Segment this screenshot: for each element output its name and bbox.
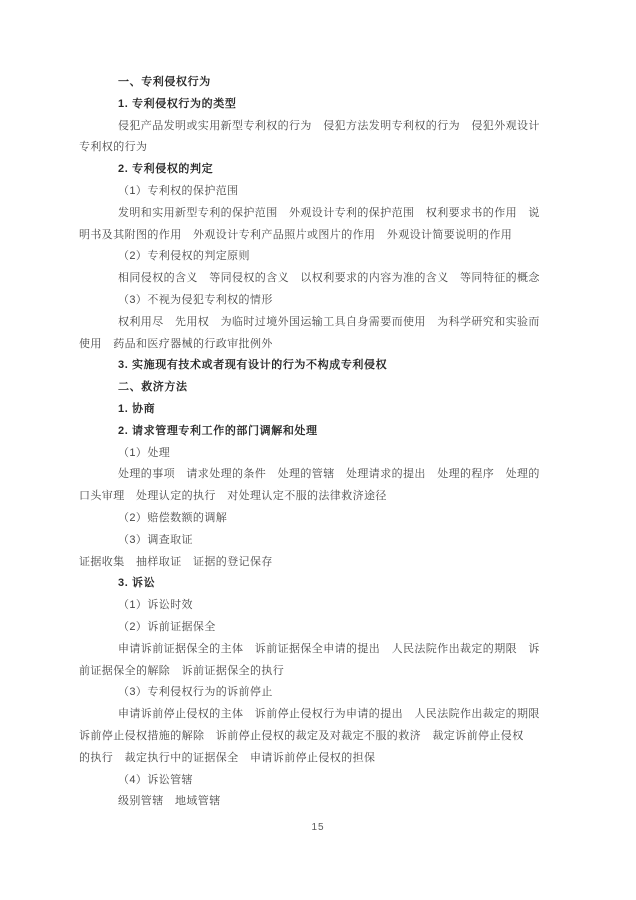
outline-text-line: 口头审理 处理认定的执行 对处理认定不服的法律救济途径 xyxy=(79,486,549,508)
outline-text-line: 申请诉前停止侵权的主体 诉前停止侵权行为申请的提出 人民法院作出裁定的期限 xyxy=(79,704,549,726)
outline-text-line: 级别管辖 地域管辖 xyxy=(79,791,549,813)
outline-text-line: （2）诉前证据保全 xyxy=(79,617,549,639)
outline-text-line: （1）专利权的保护范围 xyxy=(79,181,549,203)
outline-text-line: （3）不视为侵犯专利权的情形 xyxy=(79,290,549,312)
outline-heading-line: 1. 专利侵权行为的类型 xyxy=(79,94,549,116)
outline-text-line: （1）处理 xyxy=(79,443,549,465)
outline-text-line: 的执行 裁定执行中的证据保全 申请诉前停止侵权的担保 xyxy=(79,748,549,770)
outline-heading-line: 2. 专利侵权的判定 xyxy=(79,159,549,181)
outline-heading-line: 3. 实施现有技术或者现有设计的行为不构成专利侵权 xyxy=(79,355,549,377)
outline-heading-line: 1. 协商 xyxy=(79,399,549,421)
outline-text-line: 侵犯产品发明或实用新型专利权的行为 侵犯方法发明专利权的行为 侵犯外观设计 xyxy=(79,116,549,138)
outline-text-line: （2）专利侵权的判定原则 xyxy=(79,246,549,268)
outline-text-line: （1）诉讼时效 xyxy=(79,595,549,617)
outline-heading-line: 一、专利侵权行为 xyxy=(79,72,549,94)
outline-text-line: 处理的事项 请求处理的条件 处理的管辖 处理请求的提出 处理的程序 处理的 xyxy=(79,464,549,486)
outline-text-line: 相同侵权的含义 等同侵权的含义 以权利要求的内容为准的含义 等同特征的概念 xyxy=(79,268,549,290)
outline-text-line: （3）专利侵权行为的诉前停止 xyxy=(79,682,549,704)
document-content: 一、专利侵权行为1. 专利侵权行为的类型侵犯产品发明或实用新型专利权的行为 侵犯… xyxy=(79,72,549,813)
outline-text-line: 使用 药品和医疗器械的行政审批例外 xyxy=(79,334,549,356)
outline-text-line: 前证据保全的解除 诉前证据保全的执行 xyxy=(79,661,549,683)
document-page: 一、专利侵权行为1. 专利侵权行为的类型侵犯产品发明或实用新型专利权的行为 侵犯… xyxy=(0,0,636,900)
outline-text-line: 申请诉前证据保全的主体 诉前证据保全申请的提出 人民法院作出裁定的期限 诉 xyxy=(79,639,549,661)
outline-text-line: 证据收集 抽样取证 证据的登记保存 xyxy=(79,552,549,574)
outline-heading-line: 二、救济方法 xyxy=(79,377,549,399)
outline-text-line: （2）赔偿数额的调解 xyxy=(79,508,549,530)
outline-text-line: （4）诉讼管辖 xyxy=(79,770,549,792)
outline-heading-line: 2. 请求管理专利工作的部门调解和处理 xyxy=(79,421,549,443)
outline-text-line: （3）调查取证 xyxy=(79,530,549,552)
page-number: 15 xyxy=(0,822,636,833)
outline-text-line: 专利权的行为 xyxy=(79,137,549,159)
outline-text-line: 明书及其附图的作用 外观设计专利产品照片或图片的作用 外观设计简要说明的作用 xyxy=(79,225,549,247)
outline-text-line: 权利用尽 先用权 为临时过境外国运输工具自身需要而使用 为科学研究和实验而 xyxy=(79,312,549,334)
outline-text-line: 诉前停止侵权措施的解除 诉前停止侵权的裁定及对裁定不服的救济 裁定诉前停止侵权 xyxy=(79,726,549,748)
outline-heading-line: 3. 诉讼 xyxy=(79,573,549,595)
outline-text-line: 发明和实用新型专利的保护范围 外观设计专利的保护范围 权利要求书的作用 说 xyxy=(79,203,549,225)
